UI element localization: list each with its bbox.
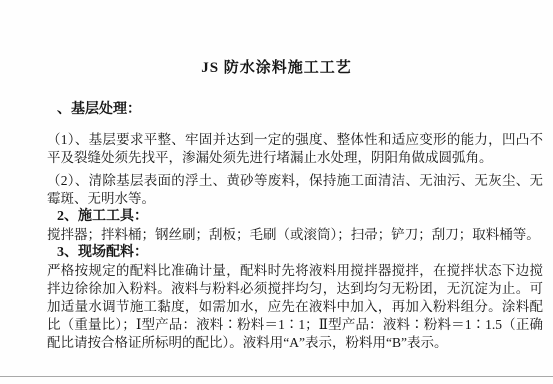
document-title: JS 防水涂料施工工艺 <box>0 58 553 78</box>
document-page: JS 防水涂料施工工艺 、基层处理： （1）、基层要求平整、牢固并达到一定的强度… <box>0 0 553 384</box>
paragraph-tools: 搅拌器；拌料桶；钢丝刷；刮板；毛刷（或滚筒）；扫帚；铲刀；刮刀；取料桶等。 <box>47 226 543 244</box>
document-body: 、基层处理： （1）、基层要求平整、牢固并达到一定的强度、整体性和适应变形的能力… <box>47 101 543 352</box>
paragraph-base-treatment-2: （2）、清除基层表面的浮土、黄砂等废料，保持施工面清洁、无油污、无灰尘、无霉斑、… <box>47 172 543 208</box>
section-heading-tools: 2、施工工具： <box>47 208 543 226</box>
page-bottom-rule <box>0 376 553 377</box>
paragraph-base-treatment-1: （1）、基层要求平整、牢固并达到一定的强度、整体性和适应变形的能力，凹凸不平及裂… <box>47 131 543 167</box>
section-heading-site-mixing: 3、现场配料： <box>47 244 543 262</box>
paragraph-site-mixing: 严格按规定的配料比准确计量，配料时先将液料用搅拌器搅拌，在搅拌状态下边搅拌边徐徐… <box>47 262 543 352</box>
section-heading-base-treatment: 、基层处理： <box>47 101 543 119</box>
